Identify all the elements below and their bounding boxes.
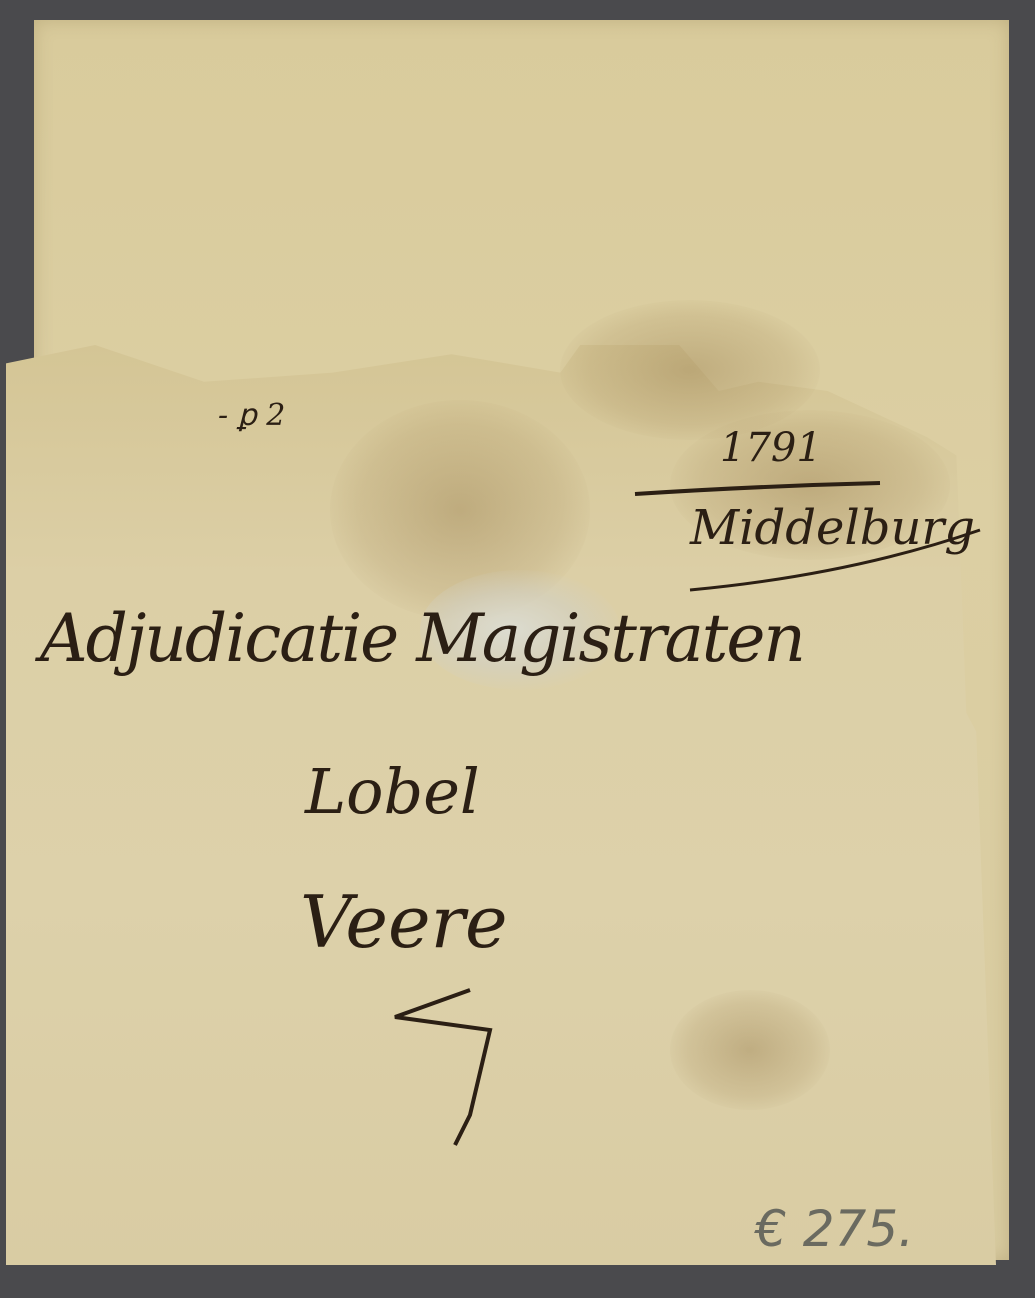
ink-strokes [0,0,1035,1298]
zigzag-flourish [395,990,490,1145]
flourish-stroke [690,530,980,590]
letter-photo: - ꝑ 2 1791 Middelburg Adjudicatie Magist… [0,0,1035,1298]
underline-stroke [635,483,880,494]
